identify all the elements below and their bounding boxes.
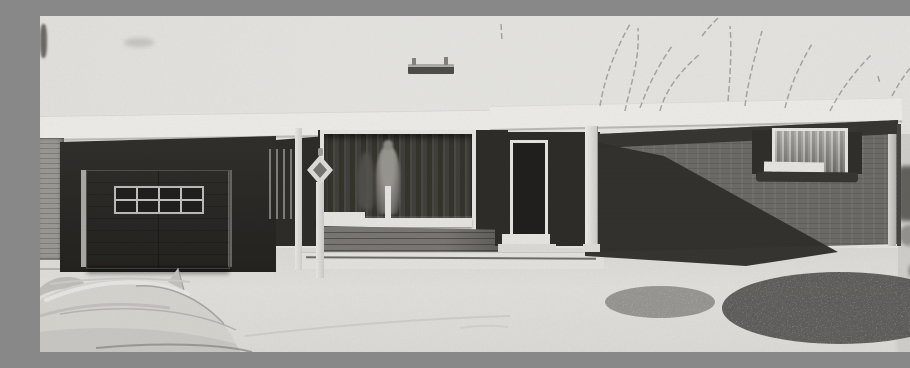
parked-car <box>40 266 280 352</box>
porch-post-base <box>583 244 600 252</box>
roof-vent <box>408 64 454 74</box>
garage-window-pane <box>182 188 202 199</box>
garage-door <box>86 170 230 269</box>
garage-window-pane <box>116 188 136 199</box>
porch-baluster <box>385 186 391 222</box>
house-corner-edge <box>897 124 901 246</box>
porch-post <box>585 126 598 248</box>
picture-window-sill <box>316 218 472 227</box>
roof-vent-cap <box>444 57 448 65</box>
carport-post <box>295 128 302 270</box>
garage-window-pane <box>138 201 158 212</box>
figure-in-window <box>358 152 374 210</box>
lamp-finial <box>318 148 323 156</box>
door-threshold <box>502 234 550 244</box>
garage-window-pane <box>160 201 180 212</box>
garage-window-pane <box>138 188 158 199</box>
door-step <box>498 244 556 252</box>
roof-vent-cap <box>412 58 416 65</box>
downspout <box>888 134 896 246</box>
photograph <box>40 16 910 352</box>
garage-window-pane <box>116 201 136 212</box>
front-door <box>510 140 548 240</box>
photo-edge-mark <box>40 24 47 58</box>
tree-branches <box>501 16 910 111</box>
window-sill-dark <box>756 172 858 183</box>
rail-cap <box>323 212 365 219</box>
garage-window-pane <box>182 201 202 212</box>
lamp-post-pole <box>316 182 324 278</box>
garage-window-pane <box>160 188 180 199</box>
sky-smudge <box>124 38 154 47</box>
front-step <box>298 252 604 269</box>
garage-door-windows <box>114 186 204 214</box>
carport-lattice <box>269 149 295 219</box>
